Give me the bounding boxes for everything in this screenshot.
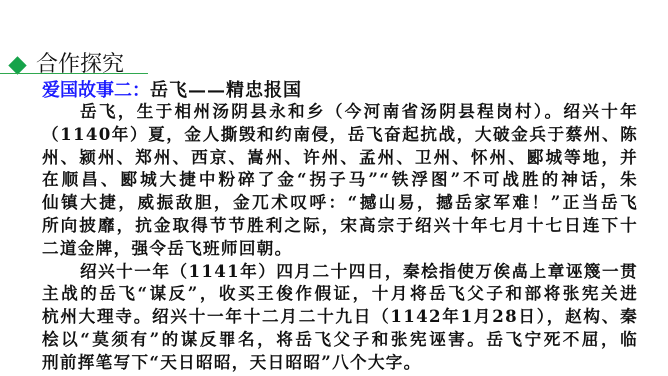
text-line: 主战的岳飞“谋反”，收买王俊作假证，十月将岳飞父子和部将张宪关进 [42, 282, 638, 305]
text-line: 杭州大理寺。绍兴十一年十二月二十九日（1142年1月28日），赵构、秦 [42, 305, 638, 328]
story-name: 岳飞——精忠报国 [150, 80, 302, 101]
paragraph-1: 岳飞，生于相州汤阴县永和乡（今河南省汤阴县程岗村）。绍兴十年 （1140年）夏，… [42, 100, 638, 260]
story-title: 爱国故事二：岳飞——精忠报国 [42, 80, 302, 102]
text-line: 所向披靡，抗金取得节节胜利之际，宋高宗于绍兴十年七月十七日连下十 [42, 214, 638, 237]
text-line: 仙镇大捷，威振敌胆，金兀术叹呼：“撼山易，撼岳家军难！”正当岳飞 [42, 191, 638, 214]
text-line: 岳飞，生于相州汤阴县永和乡（今河南省汤阴县程岗村）。绍兴十年 [42, 100, 638, 123]
paragraph-2: 绍兴十一年（1141年）四月二十四日，秦桧指使万俟卨上章诬篾一贯 主战的岳飞“谋… [42, 260, 638, 374]
story-label: 爱国故事二： [42, 80, 150, 101]
text-line: 刑前挥笔写下“天日昭昭，天日昭昭”八个大字。 [42, 351, 638, 374]
text-line: 桧以“莫须有”的谋反罪名，将岳飞父子和张宪诬害。岳飞宁死不屈，临 [42, 328, 638, 351]
text-line: 在顺昌、郾城大捷中粉碎了金“拐子马”“铁浮图”不可战胜的神话，朱 [42, 168, 638, 191]
text-line: （1140年）夏，金人撕毁和约南侵，岳飞奋起抗战，大破金兵于蔡州、陈 [42, 123, 638, 146]
header-underline [0, 73, 148, 74]
section-title: 合作探究 [36, 52, 124, 78]
text-line: 二道金牌，强令岳飞班师回朝。 [42, 237, 638, 260]
green-diamond-icon [8, 56, 26, 74]
text-line: 绍兴十一年（1141年）四月二十四日，秦桧指使万俟卨上章诬篾一贯 [42, 260, 638, 283]
section-header: 合作探究 [8, 52, 124, 78]
text-line: 州、颍州、郑州、西京、嵩州、许州、孟州、卫州、怀州、郾城等地，并 [42, 146, 638, 169]
story-body: 岳飞，生于相州汤阴县永和乡（今河南省汤阴县程岗村）。绍兴十年 （1140年）夏，… [42, 100, 638, 374]
